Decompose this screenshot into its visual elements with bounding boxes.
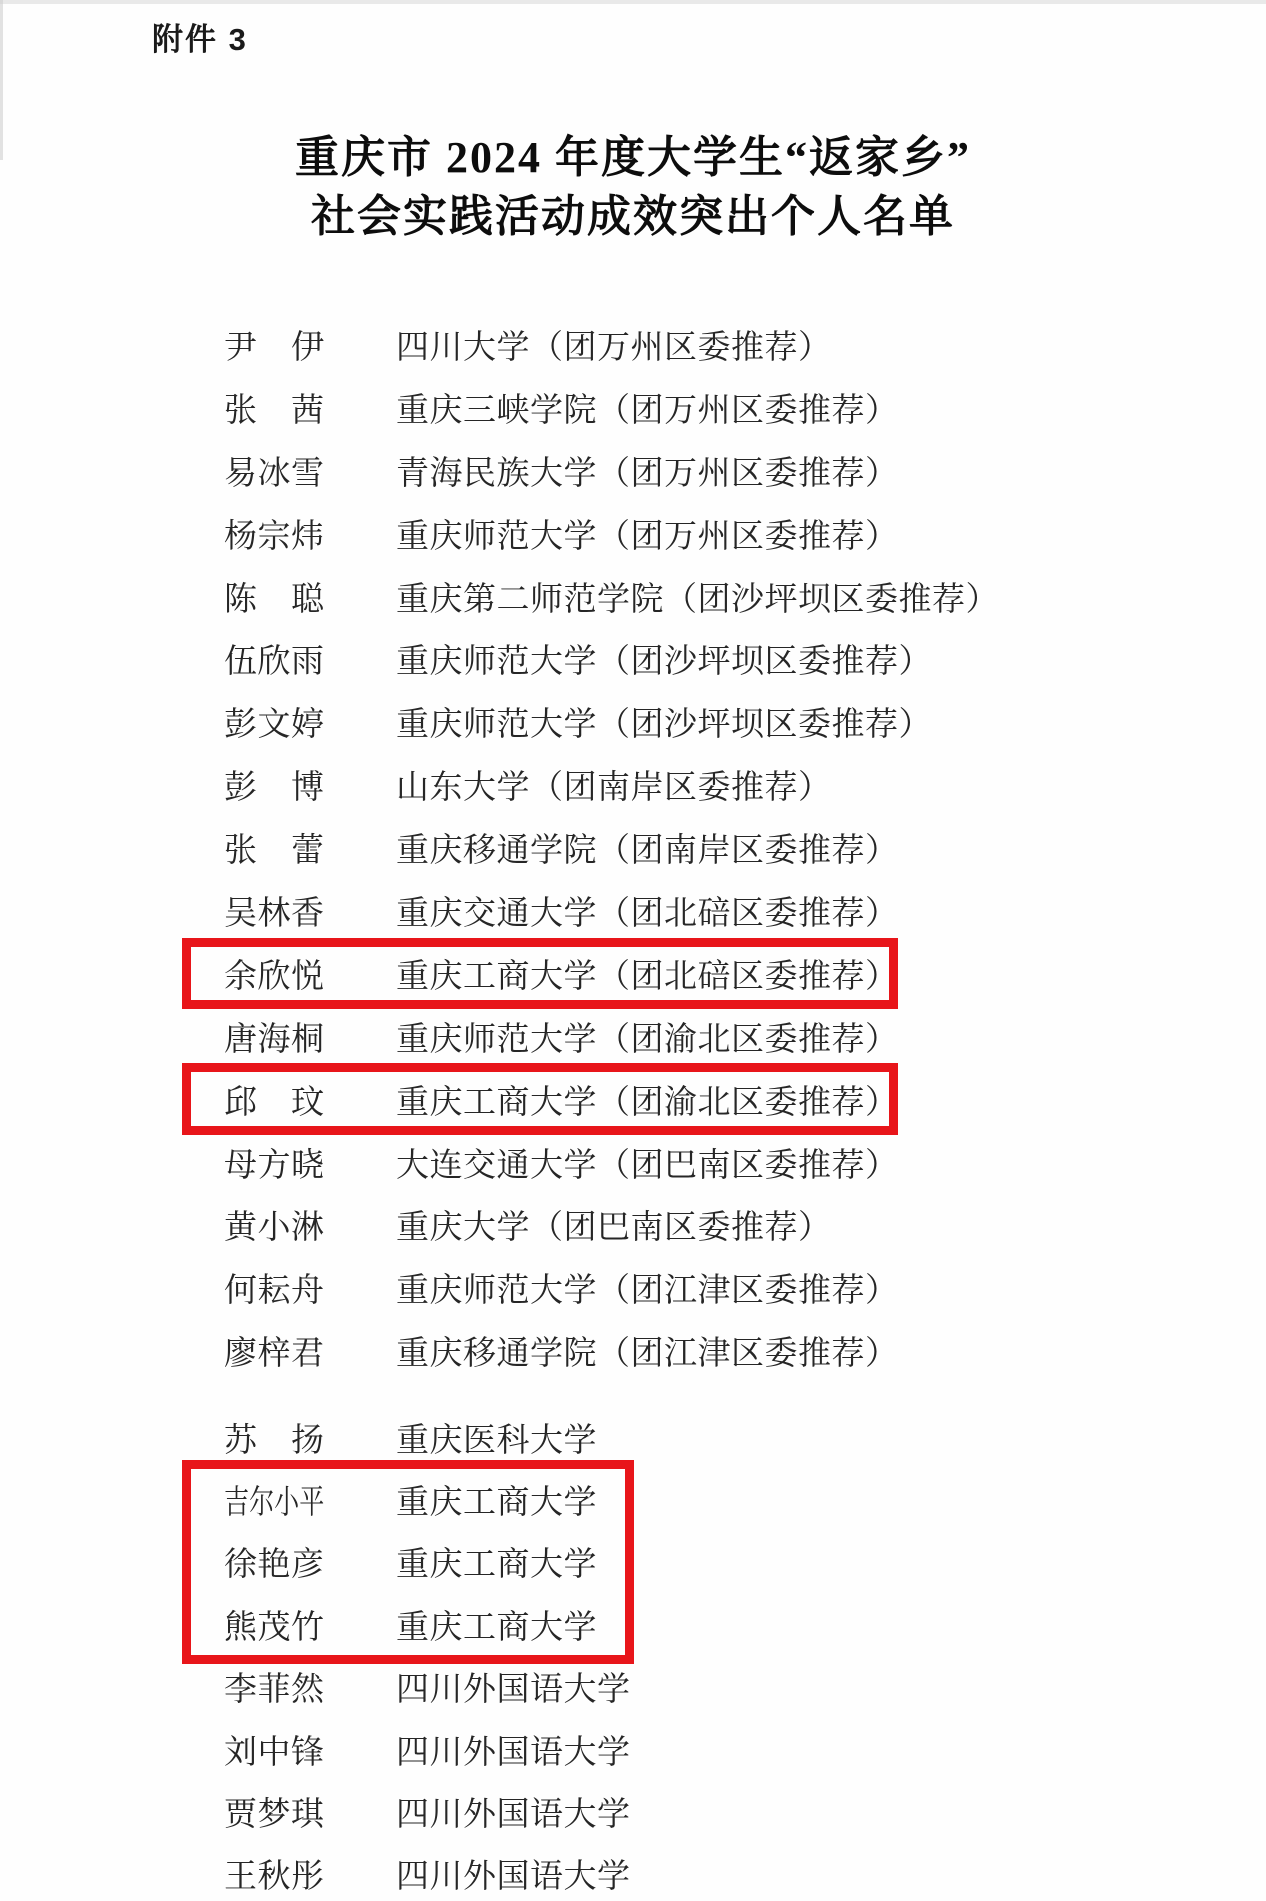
list-item: 苏扬 重庆医科大学 [224,1406,631,1468]
university-name: 重庆医科大学 [396,1414,597,1461]
list-item: 张茜 重庆三峡学院（团万州区委推荐） [224,376,999,439]
list-item: 母方晓 大连交通大学（团巴南区委推荐） [224,1131,999,1194]
university-name: 四川外国语大学 [396,1663,631,1710]
title-line-2: 社会实践活动成效突出个人名单 [0,187,1266,246]
person-name: 吴林香 [224,887,324,934]
list-item: 伍欣雨 重庆师范大学（团沙坪坝区委推荐） [224,627,999,690]
list-item: 吉尔小平 重庆工商大学 [224,1468,631,1530]
list-item: 吴林香 重庆交通大学（团北碚区委推荐） [224,879,999,942]
person-name: 邱玟 [224,1076,324,1123]
document-page: 附件 3 重庆市 2024 年度大学生“返家乡” 社会实践活动成效突出个人名单 … [0,0,1266,1901]
university-name: 四川外国语大学 [396,1726,631,1773]
list-section-direct: 苏扬 重庆医科大学 吉尔小平 重庆工商大学 徐艳彦 重庆工商大学 熊茂竹 重庆工… [224,1406,631,1901]
person-name: 贾梦琪 [224,1788,324,1835]
person-name: 吉尔小平 [224,1476,300,1523]
list-item: 刘中锋 四川外国语大学 [224,1718,631,1780]
university-name: 重庆三峡学院（团万州区委推荐） [396,384,899,431]
university-name: 大连交通大学（团巴南区委推荐） [396,1139,899,1186]
person-name: 陈聪 [224,573,324,620]
university-name: 重庆移通学院（团南岸区委推荐） [396,824,899,871]
university-name: 重庆工商大学（团渝北区委推荐） [396,1076,899,1123]
person-name: 余欣悦 [224,950,324,997]
person-name: 伍欣雨 [224,635,324,682]
university-name: 重庆交通大学（团北碚区委推荐） [396,887,899,934]
person-name: 黄小淋 [224,1201,324,1248]
person-name: 苏扬 [224,1414,324,1461]
university-name: 重庆工商大学 [396,1476,597,1523]
person-name: 张茜 [224,384,324,431]
university-name: 重庆师范大学（团江津区委推荐） [396,1264,899,1311]
list-item: 唐海桐 重庆师范大学（团渝北区委推荐） [224,1005,999,1068]
person-name: 廖梓君 [224,1327,324,1374]
list-item: 余欣悦 重庆工商大学（团北碚区委推荐） [224,942,999,1005]
list-item: 熊茂竹 重庆工商大学 [224,1593,631,1655]
person-name: 刘中锋 [224,1726,324,1773]
university-name: 重庆移通学院（团江津区委推荐） [396,1327,899,1374]
university-name: 重庆师范大学（团沙坪坝区委推荐） [396,635,932,682]
person-name: 张蕾 [224,824,324,871]
scan-edge-top [0,0,1266,4]
university-name: 青海民族大学（团万州区委推荐） [396,447,899,494]
list-item: 李菲然 四川外国语大学 [224,1656,631,1718]
university-name: 重庆第二师范学院（团沙坪坝区委推荐） [396,573,999,620]
list-item: 彭文婷 重庆师范大学（团沙坪坝区委推荐） [224,690,999,753]
university-name: 重庆大学（团巴南区委推荐） [396,1201,832,1248]
university-name: 重庆师范大学（团沙坪坝区委推荐） [396,698,932,745]
university-name: 重庆工商大学 [396,1538,597,1585]
list-item: 王秋彤 四川外国语大学 [224,1843,631,1901]
person-name: 徐艳彦 [224,1538,324,1585]
person-name: 易冰雪 [224,447,324,494]
person-name: 母方晓 [224,1139,324,1186]
person-name: 熊茂竹 [224,1601,324,1648]
list-item: 何耘舟 重庆师范大学（团江津区委推荐） [224,1256,999,1319]
university-name: 重庆师范大学（团渝北区委推荐） [396,1013,899,1060]
title-line-1: 重庆市 2024 年度大学生“返家乡” [0,128,1266,187]
attachment-label: 附件 3 [152,14,248,59]
list-item: 陈聪 重庆第二师范学院（团沙坪坝区委推荐） [224,565,999,628]
list-item: 廖梓君 重庆移通学院（团江津区委推荐） [224,1319,999,1382]
person-name: 尹伊 [224,321,324,368]
university-name: 重庆工商大学 [396,1601,597,1648]
university-name: 四川外国语大学 [396,1850,631,1897]
university-name: 四川大学（团万州区委推荐） [396,321,832,368]
person-name: 杨宗炜 [224,510,324,557]
university-name: 重庆工商大学（团北碚区委推荐） [396,950,899,997]
person-name: 何耘舟 [224,1264,324,1311]
list-item: 杨宗炜 重庆师范大学（团万州区委推荐） [224,502,999,565]
list-item: 彭博 山东大学（团南岸区委推荐） [224,753,999,816]
document-title: 重庆市 2024 年度大学生“返家乡” 社会实践活动成效突出个人名单 [0,128,1266,246]
list-section-recommended: 尹伊 四川大学（团万州区委推荐） 张茜 重庆三峡学院（团万州区委推荐） 易冰雪 … [224,313,999,1382]
person-name: 彭文婷 [224,698,324,745]
university-name: 山东大学（团南岸区委推荐） [396,761,832,808]
list-item: 贾梦琪 四川外国语大学 [224,1780,631,1842]
person-name: 李菲然 [224,1663,324,1710]
list-item: 易冰雪 青海民族大学（团万州区委推荐） [224,439,999,502]
university-name: 四川外国语大学 [396,1788,631,1835]
list-item: 徐艳彦 重庆工商大学 [224,1531,631,1593]
list-item: 尹伊 四川大学（团万州区委推荐） [224,313,999,376]
person-name: 唐海桐 [224,1013,324,1060]
list-item: 张蕾 重庆移通学院（团南岸区委推荐） [224,816,999,879]
person-name: 王秋彤 [224,1850,324,1897]
list-item: 黄小淋 重庆大学（团巴南区委推荐） [224,1193,999,1256]
person-name: 彭博 [224,761,324,808]
list-item: 邱玟 重庆工商大学（团渝北区委推荐） [224,1068,999,1131]
university-name: 重庆师范大学（团万州区委推荐） [396,510,899,557]
